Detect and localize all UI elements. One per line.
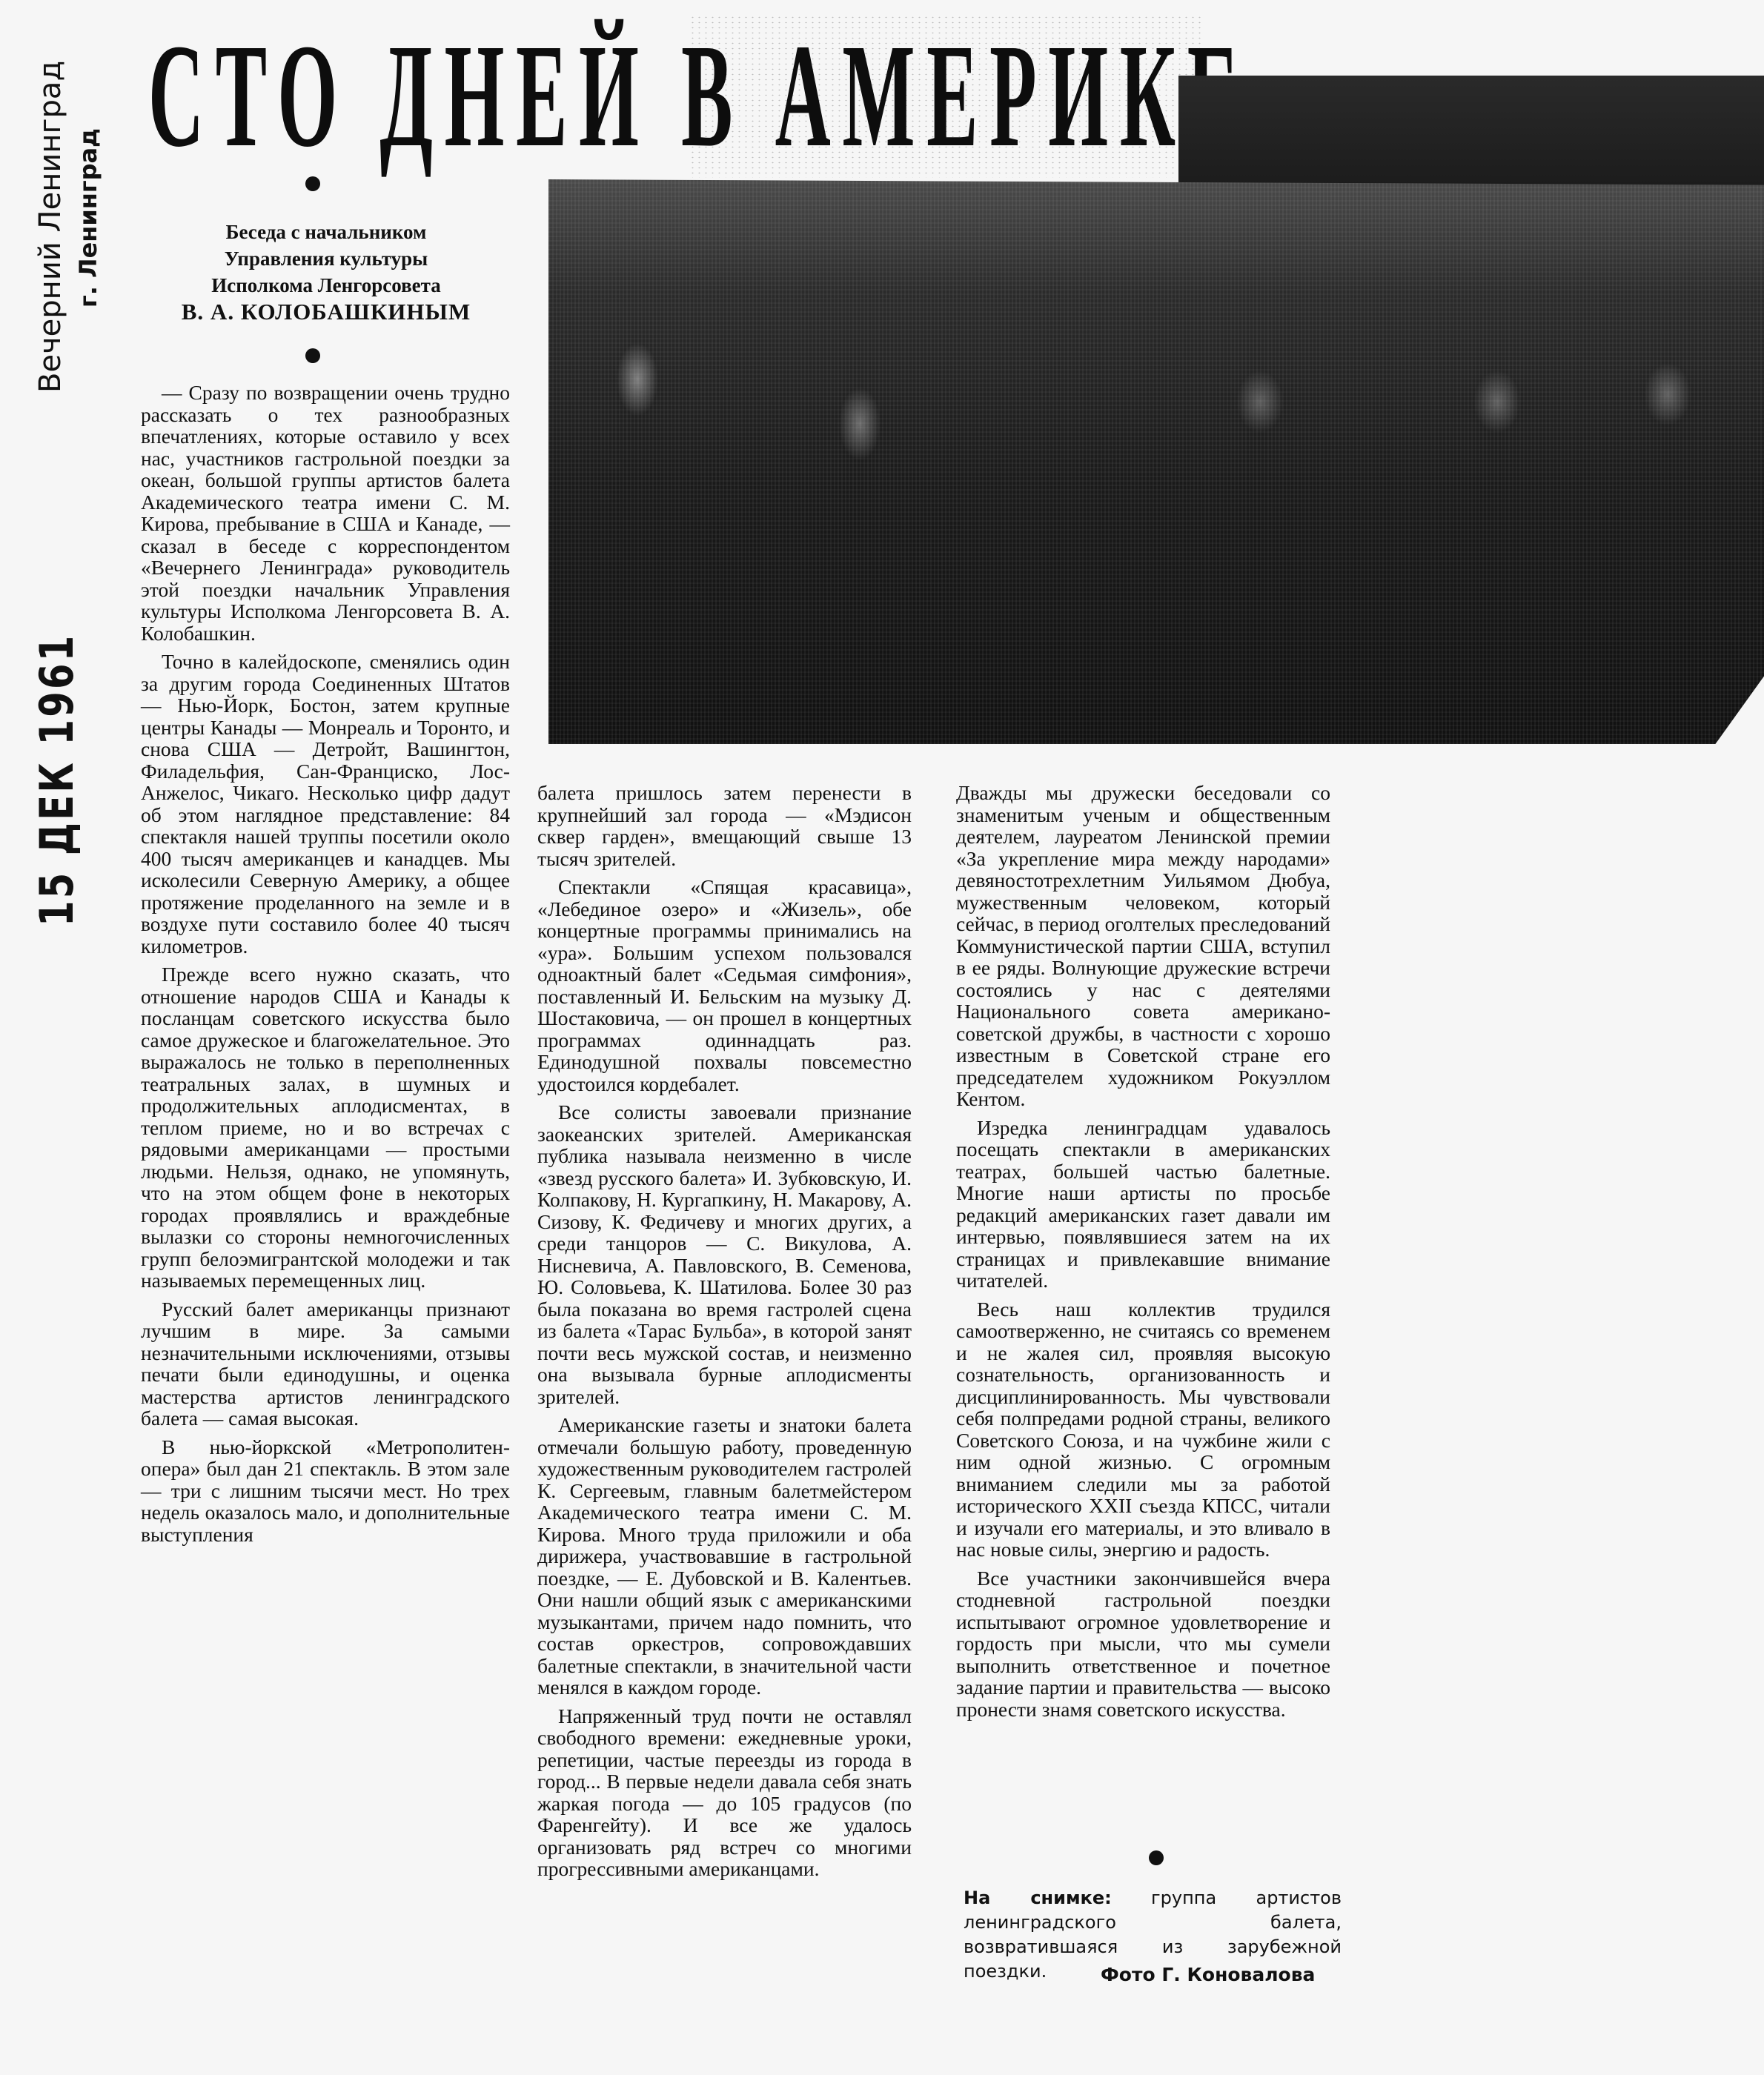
article-column-3: Дважды мы дружески беседовали со знамени… bbox=[956, 782, 1330, 1727]
paragraph: Весь наш коллектив трудился самоотвержен… bbox=[956, 1298, 1330, 1561]
article-photo bbox=[548, 179, 1764, 744]
paragraph: балета пришлось затем перенести в крупне… bbox=[537, 782, 912, 869]
ornament-icon bbox=[1149, 1850, 1164, 1865]
paragraph: Напряженный труд почти не оставлял свобо… bbox=[537, 1705, 912, 1880]
date-stamp: 15 ДЕК 1961 bbox=[30, 634, 84, 926]
paragraph: Все участники закончившейся вчера стодне… bbox=[956, 1567, 1330, 1721]
city-stamp: г. Ленинград bbox=[74, 128, 102, 308]
subheading: Беседа с начальником Управления культуры… bbox=[148, 219, 504, 325]
subhead-line: Управления культуры bbox=[148, 245, 504, 272]
interviewee-name: В. А. КОЛОБАШКИНЫМ bbox=[148, 299, 504, 325]
paragraph: Спектакли «Спящая красавица», «Лебединое… bbox=[537, 876, 912, 1095]
paragraph: Прежде всего нужно сказать, что отношени… bbox=[141, 963, 510, 1292]
ornament-icon bbox=[305, 176, 320, 191]
article-column-2: балета пришлось затем перенести в крупне… bbox=[537, 782, 912, 1887]
paragraph: Точно в калейдоскопе, сменялись один за … bbox=[141, 651, 510, 957]
headline-text: СТО ДНЕЙ В АМЕРИКЕ bbox=[148, 22, 680, 170]
caption-lead: На снимке: bbox=[964, 1888, 1112, 1908]
newspaper-stamp: Вечерний Ленинград bbox=[33, 61, 67, 393]
paragraph: Дважды мы дружески беседовали со знамени… bbox=[956, 782, 1330, 1110]
paragraph: — Сразу по возвращении очень трудно расс… bbox=[141, 382, 510, 644]
article-column-1: — Сразу по возвращении очень трудно расс… bbox=[141, 382, 510, 1552]
headline: СТО ДНЕЙ В АМЕРИКЕ bbox=[148, 22, 1171, 170]
photo-credit: Фото Г. Коновалова bbox=[1101, 1964, 1315, 1985]
subhead-line: Исполкома Ленгорсовета bbox=[148, 272, 504, 299]
subhead-line: Беседа с начальником bbox=[148, 219, 504, 245]
paragraph: Все солисты завоевали признание заокеанс… bbox=[537, 1101, 912, 1407]
ornament-icon bbox=[305, 348, 320, 363]
paragraph: Американские газеты и знатоки балета отм… bbox=[537, 1414, 912, 1699]
paragraph: Изредка ленинградцам удавалось посещать … bbox=[956, 1117, 1330, 1292]
paragraph: В нью-йоркской «Метрополитен-опера» был … bbox=[141, 1436, 510, 1546]
paragraph: Русский балет американцы признают лучшим… bbox=[141, 1298, 510, 1430]
photo-top-extension bbox=[1178, 76, 1764, 187]
